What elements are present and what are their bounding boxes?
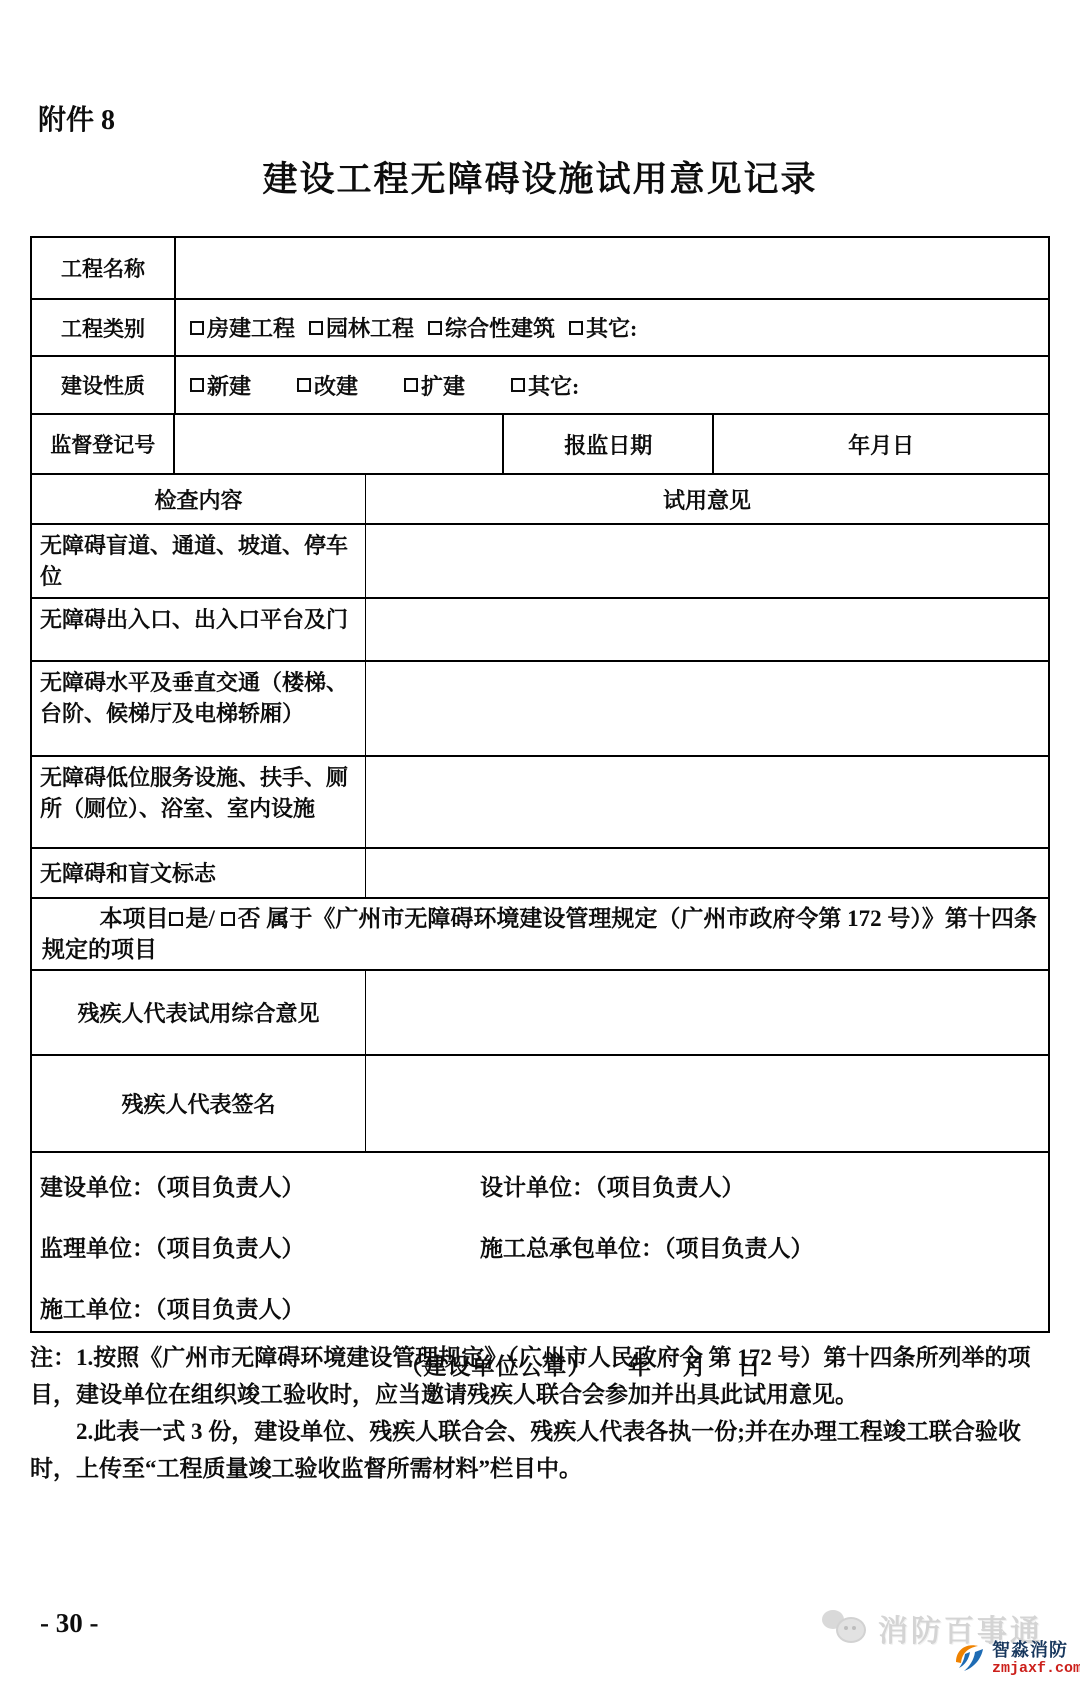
clause-no-label: 否: [238, 906, 261, 931]
report-date-value[interactable]: 年月日: [712, 415, 1048, 473]
row-project-name: 工程名称: [32, 238, 1048, 298]
signatures-block: 建设单位：（项目负责人） 设计单位：（项目负责人） 监理单位：（项目负责人） 施…: [32, 1153, 814, 1331]
project-category-options: 房建工程 园林工程 综合性建筑 其它:: [174, 300, 1048, 355]
inspection-item-label: 无障碍低位服务设施、扶手、厕所（厕位）、浴室、室内设施: [32, 757, 365, 847]
general-contractor-signature[interactable]: 施工总承包单位：（项目负责人）: [480, 1230, 814, 1263]
checkbox-icon[interactable]: [309, 321, 323, 335]
row-inspection-header: 检查内容 试用意见: [32, 473, 1048, 523]
option-housing[interactable]: 房建工程: [190, 312, 295, 343]
inspection-item-label: 无障碍水平及垂直交通（楼梯、台阶、候梯厅及电梯轿厢）: [32, 662, 365, 755]
row-inspection-item: 无障碍低位服务设施、扶手、厕所（厕位）、浴室、室内设施: [32, 755, 1048, 847]
checkbox-icon[interactable]: [511, 378, 525, 392]
inspection-item-label: 无障碍盲道、通道、坡道、停车位: [32, 525, 365, 597]
construction-company-signature[interactable]: 施工单位：（项目负责人）: [40, 1291, 480, 1324]
option-label: 综合性建筑: [445, 312, 555, 343]
checkbox-icon[interactable]: [404, 378, 418, 392]
row-project-clause: 本项目是/ 否 属于《广州市无障碍环境建设管理规定（广州市政府令第 172 号）…: [32, 897, 1048, 969]
trial-opinion-input[interactable]: [365, 599, 1048, 660]
row-project-category: 工程类别 房建工程 园林工程 综合性建筑 其它:: [32, 298, 1048, 355]
construction-unit-signature[interactable]: 建设单位：（项目负责人）: [40, 1169, 480, 1202]
rep-opinion-input[interactable]: [365, 971, 1048, 1054]
checkbox-icon[interactable]: [190, 378, 204, 392]
row-inspection-item: 无障碍出入口、出入口平台及门: [32, 597, 1048, 660]
logo-site-url: zmjaxf.com: [992, 1661, 1080, 1676]
construction-nature-label: 建设性质: [32, 357, 174, 413]
inspection-item-label: 无障碍和盲文标志: [32, 849, 365, 897]
row-construction-nature: 建设性质 新建 改建 扩建 其它:: [32, 355, 1048, 413]
trial-opinion-header: 试用意见: [365, 475, 1048, 523]
clause-separator: /: [209, 906, 221, 931]
form-table: 工程名称 工程类别 房建工程 园林工程 综合性建筑 其它: 建设性质 新建 改建…: [30, 236, 1050, 1333]
attachment-label: 附件 8: [38, 0, 1080, 138]
notes-block: 注：1.按照《广州市无障碍环境建设管理规定》（广州市人民政府令 第 172 号）…: [30, 1339, 1050, 1487]
design-unit-signature[interactable]: 设计单位：（项目负责人）: [480, 1169, 814, 1202]
signature-line: 监理单位：（项目负责人） 施工总承包单位：（项目负责人）: [40, 1230, 814, 1263]
row-inspection-item: 无障碍和盲文标志: [32, 847, 1048, 897]
note-line-2: 2.此表一式 3 份，建设单位、残疾人联合会、残疾人代表各执一份;并在办理工程竣…: [30, 1413, 1050, 1487]
clause-yes-label: 是: [186, 906, 209, 931]
clause-prefix: 本项目: [100, 906, 169, 931]
inspection-content-header: 检查内容: [32, 475, 365, 523]
option-label: 其它:: [586, 312, 637, 343]
row-rep-opinion: 残疾人代表试用综合意见: [32, 969, 1048, 1054]
option-category-other[interactable]: 其它:: [569, 312, 637, 343]
checkbox-no-icon[interactable]: [221, 912, 235, 926]
report-date-label: 报监日期: [502, 415, 712, 473]
signature-line: 建设单位：（项目负责人） 设计单位：（项目负责人）: [40, 1169, 814, 1202]
row-inspection-item: 无障碍盲道、通道、坡道、停车位: [32, 523, 1048, 597]
supervision-unit-signature[interactable]: 监理单位：（项目负责人）: [40, 1230, 480, 1263]
project-category-label: 工程类别: [32, 300, 174, 355]
option-label: 园林工程: [326, 312, 414, 343]
option-label: 房建工程: [207, 312, 295, 343]
chat-bubbles-icon: [822, 1608, 874, 1648]
rep-opinion-label: 残疾人代表试用综合意见: [32, 971, 365, 1054]
option-expand[interactable]: 扩建: [404, 370, 465, 401]
note-line-1: 注：1.按照《广州市无障碍环境建设管理规定》（广州市人民政府令 第 172 号）…: [30, 1339, 1050, 1413]
option-rebuild[interactable]: 改建: [297, 370, 358, 401]
row-inspection-item: 无障碍水平及垂直交通（楼梯、台阶、候梯厅及电梯轿厢）: [32, 660, 1048, 755]
checkbox-icon[interactable]: [297, 378, 311, 392]
trial-opinion-input[interactable]: [365, 525, 1048, 597]
supervision-reg-input[interactable]: [173, 415, 502, 473]
checkbox-icon[interactable]: [569, 321, 583, 335]
project-name-label: 工程名称: [32, 238, 174, 298]
option-new-build[interactable]: 新建: [190, 370, 251, 401]
option-label: 扩建: [421, 370, 465, 401]
option-label: 改建: [314, 370, 358, 401]
brand-logo: 智淼消防 zmjaxf.com: [952, 1640, 1080, 1676]
row-supervision: 监督登记号 报监日期 年月日: [32, 413, 1048, 473]
option-comprehensive[interactable]: 综合性建筑: [428, 312, 555, 343]
option-garden[interactable]: 园林工程: [309, 312, 414, 343]
checkbox-icon[interactable]: [428, 321, 442, 335]
project-name-input[interactable]: [174, 238, 1048, 298]
trial-opinion-input[interactable]: [365, 849, 1048, 897]
row-signatures: 建设单位：（项目负责人） 设计单位：（项目负责人） 监理单位：（项目负责人） 施…: [32, 1151, 1048, 1331]
supervision-reg-label: 监督登记号: [32, 415, 173, 473]
trial-opinion-input[interactable]: [365, 662, 1048, 755]
document-page: 附件 8 建设工程无障碍设施试用意见记录 工程名称 工程类别 房建工程 园林工程…: [0, 0, 1080, 1683]
row-rep-signature: 残疾人代表签名: [32, 1054, 1048, 1151]
page-title: 建设工程无障碍设施试用意见记录: [0, 152, 1080, 202]
logo-name: 智淼消防: [992, 1641, 1080, 1659]
project-clause-text: 本项目是/ 否 属于《广州市无障碍环境建设管理规定（广州市政府令第 172 号）…: [32, 899, 1048, 969]
checkbox-icon[interactable]: [190, 321, 204, 335]
rep-signature-input[interactable]: [365, 1056, 1048, 1151]
trial-opinion-input[interactable]: [365, 757, 1048, 847]
signature-line: 施工单位：（项目负责人）: [40, 1291, 814, 1324]
inspection-item-label: 无障碍出入口、出入口平台及门: [32, 599, 365, 660]
page-number: - 30 -: [40, 1608, 98, 1639]
checkbox-yes-icon[interactable]: [169, 912, 183, 926]
option-label: 新建: [207, 370, 251, 401]
rep-signature-label: 残疾人代表签名: [32, 1056, 365, 1151]
option-label: 其它:: [528, 370, 579, 401]
construction-nature-options: 新建 改建 扩建 其它:: [174, 357, 1048, 413]
option-nature-other[interactable]: 其它:: [511, 370, 579, 401]
zhimiao-logo-icon: [952, 1640, 988, 1676]
